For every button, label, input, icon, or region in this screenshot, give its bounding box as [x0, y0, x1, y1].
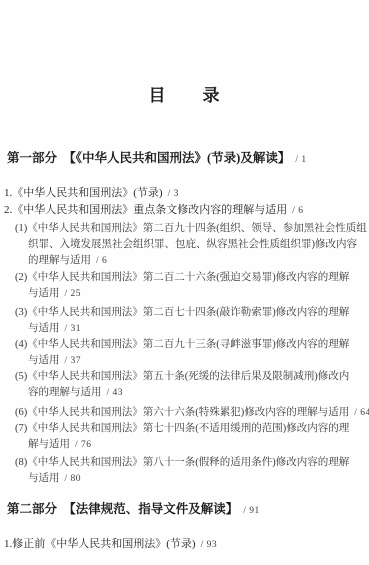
toc-subitem: (1)《中华人民共和国刑法》第二百九十四条(组织、领导、参加黑社会性质组 [0, 222, 369, 236]
toc-subitem-text: 与适用 [28, 288, 60, 299]
toc-subitem-continuation: 解与适用/ 76 [0, 438, 369, 452]
toc-subitem-text: (2)《中华人民共和国刑法》第二百二十六条(强迫交易罪)修改内容的理解 [15, 272, 349, 283]
toc-page-ref: / 6 [96, 256, 107, 266]
toc-subitem-text: 与适用 [28, 355, 60, 366]
toc-page-ref: / 80 [65, 474, 82, 484]
toc-item: 1.《中华人民共和国刑法》(节录)/ 3 [0, 187, 369, 201]
toc-part-heading: 第一部分 【《中华人民共和国刑法》(节录)及解读】/ 1 [0, 152, 369, 167]
toc-page-ref: / 43 [107, 388, 124, 398]
toc-subitem-text: 织罪、入境发展黑社会组织罪、包庇、纵容黑社会性质组织罪)修改内容 [28, 239, 357, 250]
toc-page-ref: / 3 [168, 189, 179, 199]
toc-subitem: (7)《中华人民共和国刑法》第七十四条(不适用缓刑的范围)修改内容的理 [0, 422, 369, 436]
toc-part-heading-text: 第二部分 【法律规范、指导文件及解读】 [7, 502, 238, 516]
toc-subitem-continuation: 与适用/ 31 [0, 322, 369, 336]
toc-subitem-text: (1)《中华人民共和国刑法》第二百九十四条(组织、领导、参加黑社会性质组 [15, 223, 367, 234]
toc-item: 2.《中华人民共和国刑法》重点条文修改内容的理解与适用/ 6 [0, 204, 369, 218]
toc-page-ref: / 37 [65, 356, 82, 366]
toc-subitem: (2)《中华人民共和国刑法》第二百二十六条(强迫交易罪)修改内容的理解 [0, 271, 369, 285]
toc-item-text: 2.《中华人民共和国刑法》重点条文修改内容的理解与适用 [4, 204, 287, 216]
toc-page-ref: / 25 [65, 289, 82, 299]
toc-subitem-continuation: 的理解与适用/ 6 [0, 254, 369, 268]
toc-subitem-text: 解与适用 [28, 439, 70, 450]
toc-subitem-text: (4)《中华人民共和国刑法》第二百九十三条(寻衅滋事罪)修改内容的理解 [15, 339, 349, 350]
toc-subitem: (4)《中华人民共和国刑法》第二百九十三条(寻衅滋事罪)修改内容的理解 [0, 338, 369, 352]
toc-subitem: (5)《中华人民共和国刑法》第五十条(死缓的法律后果及限制减刑)修改内 [0, 370, 369, 384]
toc-subitem-text: 与适用 [28, 323, 60, 334]
toc-part-heading-text: 第一部分 【《中华人民共和国刑法》(节录)及解读】 [7, 151, 290, 165]
toc-page-ref: / 6 [292, 206, 303, 216]
toc-subitem-text: (8)《中华人民共和国刑法》第八十一条(假释的适用条件)修改内容的理解 [15, 457, 349, 468]
toc-subitem-continuation: 与适用/ 25 [0, 287, 369, 301]
toc-subitem: (8)《中华人民共和国刑法》第八十一条(假释的适用条件)修改内容的理解 [0, 456, 369, 470]
toc-subitem-continuation: 容的理解与适用/ 43 [0, 386, 369, 400]
toc-subitem-text: (3)《中华人民共和国刑法》第二百七十四条(敲诈勒索罪)修改内容的理解 [15, 307, 349, 318]
toc-part-heading: 第二部分 【法律规范、指导文件及解读】/ 91 [0, 503, 369, 518]
toc-subitem-text: 与适用 [28, 473, 60, 484]
toc-subitem-text: 的理解与适用 [28, 255, 91, 266]
toc-subitem-text: (5)《中华人民共和国刑法》第五十条(死缓的法律后果及限制减刑)修改内 [15, 371, 349, 382]
toc-subitem-continuation: 与适用/ 80 [0, 472, 369, 486]
toc-page: 目 录 第一部分 【《中华人民共和国刑法》(节录)及解读】/ 1 1.《中华人民… [0, 0, 369, 565]
page-title: 目 录 [0, 81, 369, 106]
toc-page-ref: / 1 [295, 155, 306, 165]
toc-subitem-text: 容的理解与适用 [28, 387, 102, 398]
toc-page-ref: / 93 [201, 540, 218, 550]
toc-page-ref: / 31 [65, 324, 82, 334]
toc-subitem-continuation: 与适用/ 37 [0, 354, 369, 368]
toc-item-text: 1.修正前《中华人民共和国刑法》(节录) [4, 538, 196, 550]
toc-page-ref: / 91 [243, 506, 260, 516]
toc-subitem: (3)《中华人民共和国刑法》第二百七十四条(敲诈勒索罪)修改内容的理解 [0, 306, 369, 320]
toc-subitem-continuation: 织罪、入境发展黑社会组织罪、包庇、纵容黑社会性质组织罪)修改内容 [0, 238, 369, 252]
toc-page-ref: / 76 [75, 440, 92, 450]
toc-item-text: 1.《中华人民共和国刑法》(节录) [4, 187, 163, 199]
toc-item: 1.修正前《中华人民共和国刑法》(节录)/ 93 [0, 538, 369, 552]
toc-page-ref: / 64 [354, 408, 369, 418]
toc-subitem: (6)《中华人民共和国刑法》第六十六条(特殊累犯)修改内容的理解与适用/ 64 [0, 406, 369, 420]
toc-subitem-text: (6)《中华人民共和国刑法》第六十六条(特殊累犯)修改内容的理解与适用 [15, 407, 349, 418]
toc-subitem-text: (7)《中华人民共和国刑法》第七十四条(不适用缓刑的范围)修改内容的理 [15, 423, 349, 434]
